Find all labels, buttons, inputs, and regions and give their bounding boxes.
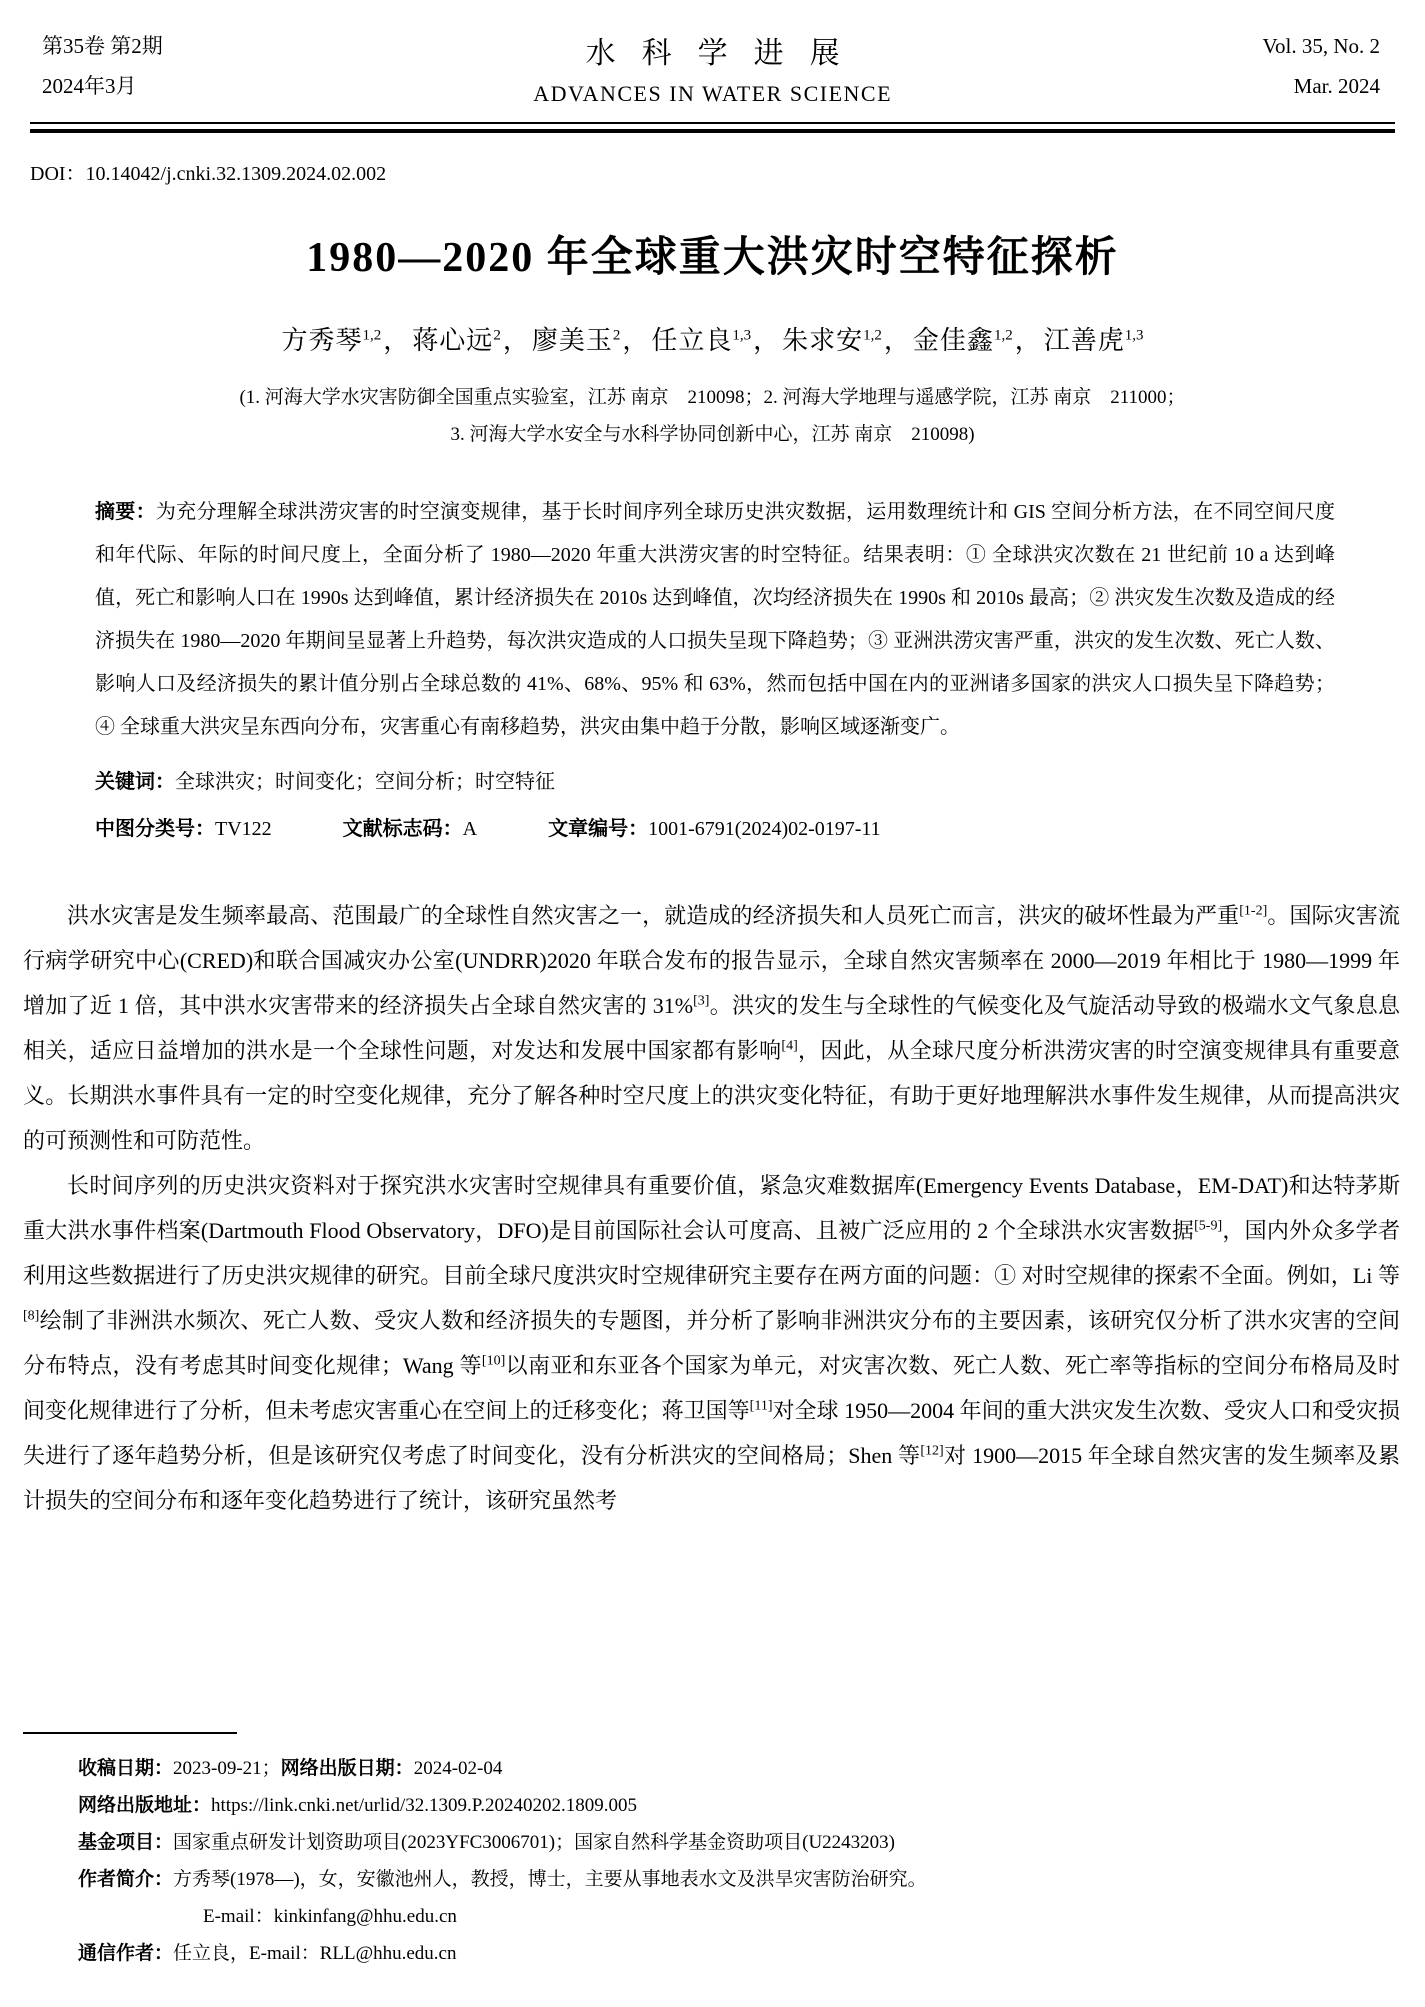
author: 蒋心远2: [412, 326, 501, 355]
footnote-received-date: 收稿日期：2023-09-21；网络出版日期：2024-02-04: [23, 1750, 1400, 1787]
author: 方秀琴1,2: [282, 326, 382, 355]
affiliation-line: (1. 河海大学水灾害防御全国重点实验室，江苏 南京 210098；2. 河海大…: [0, 379, 1425, 416]
footnote-author-email: E-mail：kinkinfang@hhu.edu.cn: [23, 1898, 1400, 1935]
document-code-label: 文献标志码：: [343, 818, 463, 840]
clc-number: 中图分类号：TV122: [95, 818, 272, 840]
author-separator: ，: [501, 326, 532, 355]
author-separator: ，: [381, 326, 412, 355]
author: 朱求安1,2: [782, 326, 882, 355]
document-code: 文献标志码：A: [343, 818, 477, 840]
abstract-section: 摘要：为充分理解全球洪涝灾害的时空演变规律，基于长时间序列全球历史洪灾数据，运用…: [95, 491, 1335, 749]
author-separator: ，: [1013, 326, 1044, 355]
affiliation-line: 3. 河海大学水安全与水科学协同创新中心，江苏 南京 210098): [0, 416, 1425, 453]
footnote-online-url: 网络出版地址：https://link.cnki.net/urlid/32.13…: [23, 1787, 1400, 1824]
keywords-line: 关键词：全球洪灾；时间变化；空间分析；时空特征: [95, 761, 1335, 804]
journal-header: 第35卷 第2期 2024年3月 水科学进展 ADVANCES IN WATER…: [0, 0, 1425, 107]
document-code-value: A: [463, 818, 477, 840]
author-separator: ，: [620, 326, 651, 355]
footnote-author-bio: 作者简介：方秀琴(1978—)，女，安徽池州人，教授，博士，主要从事地表水文及洪…: [23, 1861, 1400, 1898]
footnote-corresponding-author: 通信作者：任立良，E-mail：RLL@hhu.edu.cn: [23, 1935, 1400, 1972]
footnote-funding: 基金项目：国家重点研发计划资助项目(2023YFC3006701)；国家自然科学…: [23, 1824, 1400, 1861]
author: 任立良1,3: [651, 326, 751, 355]
author: 廖美玉2: [532, 326, 621, 355]
keywords-label: 关键词：: [95, 771, 175, 793]
date-en: Mar. 2024: [1263, 66, 1380, 106]
header-issue-en: Vol. 35, No. 2 Mar. 2024: [1263, 26, 1380, 106]
author: 江善虎1,3: [1044, 326, 1144, 355]
abstract-text: 为充分理解全球洪涝灾害的时空演变规律，基于长时间序列全球历史洪灾数据，运用数理统…: [95, 501, 1335, 738]
abstract-label: 摘要：: [95, 501, 156, 523]
volume-issue-en: Vol. 35, No. 2: [1263, 26, 1380, 66]
footnote-section: 收稿日期：2023-09-21；网络出版日期：2024-02-04 网络出版地址…: [23, 1728, 1400, 2007]
body-text: 洪水灾害是发生频率最高、范围最广的全球性自然灾害之一，就造成的经济损失和人员死亡…: [23, 893, 1400, 1523]
author: 金佳鑫1,2: [913, 326, 1013, 355]
journal-title-cn: 水科学进展: [533, 28, 918, 72]
body-paragraph-1: 洪水灾害是发生频率最高、范围最广的全球性自然灾害之一，就造成的经济损失和人员死亡…: [23, 893, 1400, 1163]
clc-number-label: 中图分类号：: [95, 818, 215, 840]
article-title: 1980—2020 年全球重大洪灾时空特征探析: [0, 224, 1425, 284]
date-cn: 2024年3月: [42, 66, 163, 106]
author-separator: ，: [751, 326, 782, 355]
volume-issue-cn: 第35卷 第2期: [42, 26, 163, 66]
journal-title-en: ADVANCES IN WATER SCIENCE: [533, 81, 892, 107]
header-double-rule: [30, 122, 1395, 133]
author-separator: ，: [882, 326, 913, 355]
article-id-label: 文章编号：: [548, 818, 648, 840]
affiliations: (1. 河海大学水灾害防御全国重点实验室，江苏 南京 210098；2. 河海大…: [0, 379, 1425, 453]
article-id: 文章编号：1001-6791(2024)02-0197-11: [548, 818, 881, 840]
header-issue-cn: 第35卷 第2期 2024年3月: [42, 26, 163, 106]
authors-line: 方秀琴1,2，蒋心远2，廖美玉2，任立良1,3，朱求安1,2，金佳鑫1,2，江善…: [0, 320, 1425, 357]
body-paragraph-2: 长时间序列的历史洪灾资料对于探究洪水灾害时空规律具有重要价值，紧急灾难数据库(E…: [23, 1163, 1400, 1523]
classification-line: 中图分类号：TV122 文献标志码：A 文章编号：1001-6791(2024)…: [95, 808, 1335, 851]
paper-page: 第35卷 第2期 2024年3月 水科学进展 ADVANCES IN WATER…: [0, 0, 1425, 2007]
keywords-text: 全球洪灾；时间变化；空间分析；时空特征: [175, 771, 555, 793]
journal-title-block: 水科学进展 ADVANCES IN WATER SCIENCE: [533, 28, 892, 107]
article-id-value: 1001-6791(2024)02-0197-11: [648, 818, 881, 840]
doi-line: DOI：10.14042/j.cnki.32.1309.2024.02.002: [30, 157, 1425, 186]
footnote-divider: [23, 1732, 237, 1734]
clc-number-value: TV122: [215, 818, 272, 840]
